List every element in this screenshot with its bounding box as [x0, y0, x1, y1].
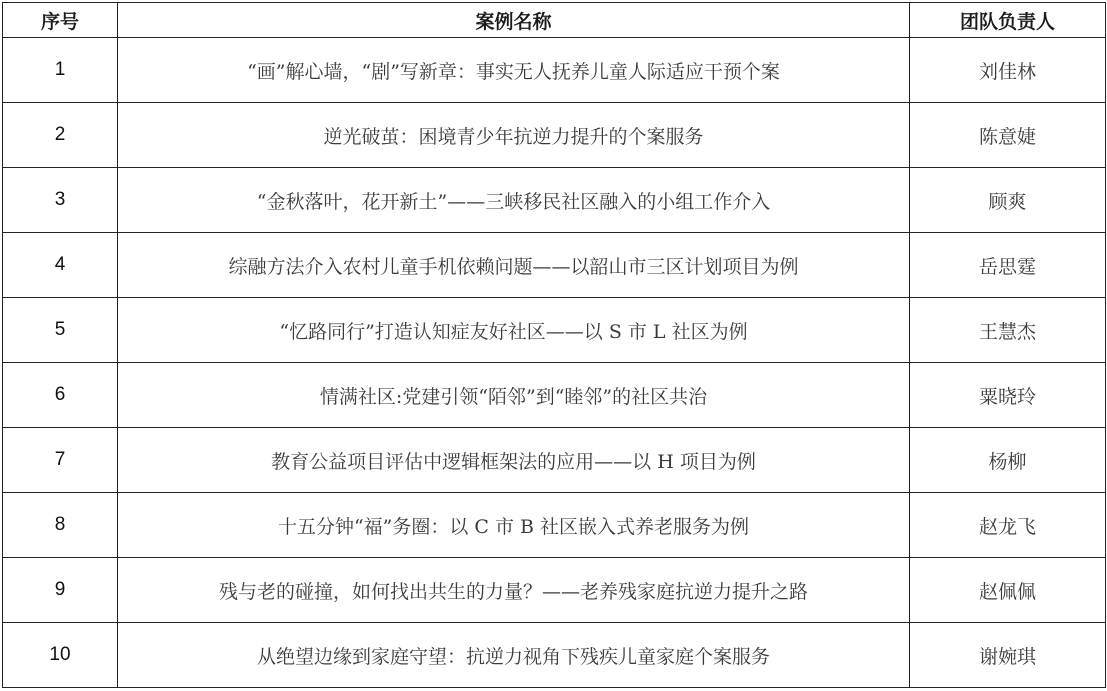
cell-case-name: 综融方法介入农村儿童手机依赖问题——以韶山市三区计划项目为例 [118, 233, 910, 298]
case-table-container: 序号 案例名称 团队负责人 1 “画”解心墙，“剧”写新章：事实无人抚养儿童人际… [2, 2, 1106, 688]
cell-case-name: 从绝望边缘到家庭守望：抗逆力视角下残疾儿童家庭个案服务 [118, 623, 910, 688]
cell-case-name: 逆光破茧：困境青少年抗逆力提升的个案服务 [118, 103, 910, 168]
cell-index: 2 [3, 103, 118, 168]
cell-team-leader: 粟晓玲 [910, 363, 1106, 428]
cell-index: 8 [3, 493, 118, 558]
column-header-case-name: 案例名称 [118, 3, 910, 38]
table-row: 4 综融方法介入农村儿童手机依赖问题——以韶山市三区计划项目为例 岳思霆 [3, 233, 1106, 298]
table-row: 6 情满社区:党建引领“陌邻”到“睦邻”的社区共治 粟晓玲 [3, 363, 1106, 428]
table-row: 5 “忆路同行”打造认知症友好社区——以 S 市 L 社区为例 王慧杰 [3, 298, 1106, 363]
table-row: 7 教育公益项目评估中逻辑框架法的应用——以 H 项目为例 杨柳 [3, 428, 1106, 493]
cell-index: 3 [3, 168, 118, 233]
cell-team-leader: 刘佳林 [910, 38, 1106, 103]
cell-team-leader: 谢婉琪 [910, 623, 1106, 688]
cell-team-leader: 王慧杰 [910, 298, 1106, 363]
cell-case-name: “忆路同行”打造认知症友好社区——以 S 市 L 社区为例 [118, 298, 910, 363]
cell-index: 4 [3, 233, 118, 298]
cell-case-name: 十五分钟“福”务圈：以 C 市 B 社区嵌入式养老服务为例 [118, 493, 910, 558]
table-row: 1 “画”解心墙，“剧”写新章：事实无人抚养儿童人际适应干预个案 刘佳林 [3, 38, 1106, 103]
cell-index: 10 [3, 623, 118, 688]
cell-team-leader: 岳思霆 [910, 233, 1106, 298]
cell-team-leader: 赵龙飞 [910, 493, 1106, 558]
cell-case-name: 情满社区:党建引领“陌邻”到“睦邻”的社区共治 [118, 363, 910, 428]
table-row: 3 “金秋落叶，花开新土”——三峡移民社区融入的小组工作介入 顾爽 [3, 168, 1106, 233]
case-list-table: 序号 案例名称 团队负责人 1 “画”解心墙，“剧”写新章：事实无人抚养儿童人际… [2, 2, 1106, 688]
cell-case-name: “金秋落叶，花开新土”——三峡移民社区融入的小组工作介入 [118, 168, 910, 233]
cell-team-leader: 杨柳 [910, 428, 1106, 493]
table-row: 8 十五分钟“福”务圈：以 C 市 B 社区嵌入式养老服务为例 赵龙飞 [3, 493, 1106, 558]
cell-case-name: “画”解心墙，“剧”写新章：事实无人抚养儿童人际适应干预个案 [118, 38, 910, 103]
cell-team-leader: 赵佩佩 [910, 558, 1106, 623]
cell-team-leader: 顾爽 [910, 168, 1106, 233]
cell-team-leader: 陈意婕 [910, 103, 1106, 168]
table-header-row: 序号 案例名称 团队负责人 [3, 3, 1106, 38]
table-row: 10 从绝望边缘到家庭守望：抗逆力视角下残疾儿童家庭个案服务 谢婉琪 [3, 623, 1106, 688]
cell-index: 1 [3, 38, 118, 103]
column-header-index: 序号 [3, 3, 118, 38]
cell-index: 7 [3, 428, 118, 493]
cell-case-name: 教育公益项目评估中逻辑框架法的应用——以 H 项目为例 [118, 428, 910, 493]
cell-index: 9 [3, 558, 118, 623]
column-header-team-leader: 团队负责人 [910, 3, 1106, 38]
cell-index: 6 [3, 363, 118, 428]
cell-case-name: 残与老的碰撞，如何找出共生的力量？——老养残家庭抗逆力提升之路 [118, 558, 910, 623]
cell-index: 5 [3, 298, 118, 363]
table-row: 9 残与老的碰撞，如何找出共生的力量？——老养残家庭抗逆力提升之路 赵佩佩 [3, 558, 1106, 623]
table-row: 2 逆光破茧：困境青少年抗逆力提升的个案服务 陈意婕 [3, 103, 1106, 168]
